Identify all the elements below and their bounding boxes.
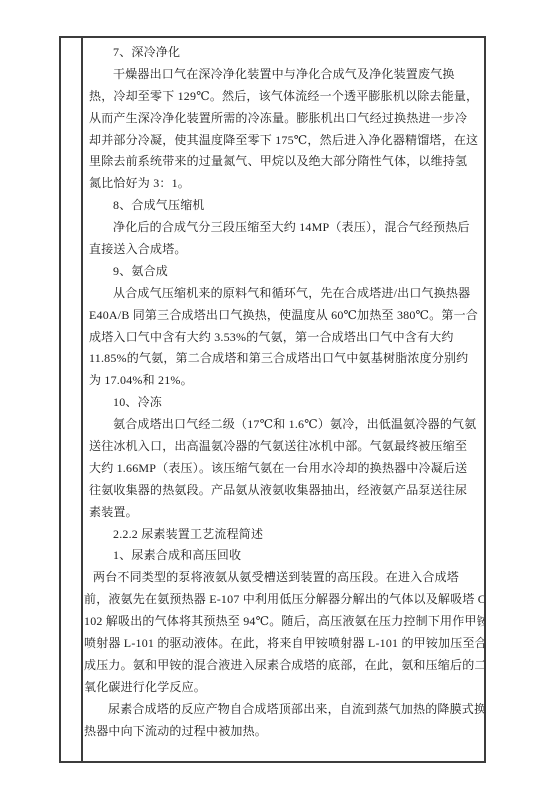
text-line: 前，液氨先在氨预热器 E-107 中利用低压分解器分解出的气体以及解吸塔 C- [84,589,484,611]
text-line: 大约 1.66MP（表压）。该压缩气氨在一台用水冷却的换热器中冷凝后送 [89,458,484,480]
text-line: 往氨收集器的热氨段。产品氨从液氨收集器抽出，经液氨产品泵送往尿 [89,480,484,502]
document-page: 7、深冷净化干燥器出口气在深冷净化装置中与净化合成气及净化装置废气换热，冷却至零… [0,0,557,794]
text-line: 为 17.04%和 21%。 [89,370,484,392]
text-line: 净化后的合成气分三段压缩至大约 14MP（表压），混合气经预热后 [89,217,484,239]
text-line: 热器中向下流动的过程中被加热。 [84,721,484,743]
text-line: 102 解吸出的气体将其预热至 94℃。随后，高压液氨在压力控制下用作甲铵 [84,611,484,633]
bordered-table: 7、深冷净化干燥器出口气在深冷净化装置中与净化合成气及净化装置废气换热，冷却至零… [59,36,486,763]
text-line: 素装置。 [89,502,484,524]
text-line: 直接送入合成塔。 [89,239,484,261]
text-line: 氨合成塔出口气经二级（17℃和 1.6℃）氨冷，出低温氨冷器的气氨 [89,414,484,436]
text-line: 氮比恰好为 3：1。 [89,173,484,195]
text-line: 10、冷冻 [89,392,484,414]
text-line: 两台不同类型的泵将液氨从氨受槽送到装置的高压段。在进入合成塔 [84,567,484,589]
text-line: 氧化碳进行化学反应。 [84,677,484,699]
table-narrow-column [61,38,83,761]
text-line: 从而产生深冷净化装置所需的冷冻量。膨胀机出口气经过换热进一步冷 [89,108,484,130]
text-line: 却并部分冷凝，使其温度降至零下 175℃，然后进入净化器精馏塔，在这 [89,130,484,152]
text-line: 成压力。氨和甲铵的混合液进入尿素合成塔的底部，在此，氨和压缩后的二 [84,655,484,677]
text-line: 尿素合成塔的反应产物自合成塔顶部出来，自流到蒸气加热的降膜式换 [84,699,484,721]
table-content-cell: 7、深冷净化干燥器出口气在深冷净化装置中与净化合成气及净化装置废气换热，冷却至零… [83,38,484,761]
text-line: 8、合成气压缩机 [89,195,484,217]
text-line: 成塔入口气中含有大约 3.53%的气氨，第一合成塔出口气中含有大约 [89,327,484,349]
text-line: 喷射器 L-101 的驱动液体。在此，将来自甲铵喷射器 L-101 的甲铵加压至… [84,633,484,655]
text-line: 送往冰机入口，出高温氨冷器的气氨送往冰机中部。气氨最终被压缩至 [89,436,484,458]
text-line: 2.2.2 尿素装置工艺流程简述 [89,524,484,546]
text-line: E40A/B 同第三合成塔出口气换热，使温度从 60℃加热至 380℃。第一合 [89,305,484,327]
text-line: 7、深冷净化 [89,42,484,64]
text-line: 里除去前系统带来的过量氮气、甲烷以及绝大部分隋性气体，以维持氢 [89,151,484,173]
text-line: 1、尿素合成和高压回收 [89,545,484,567]
text-line: 9、氨合成 [89,261,484,283]
text-line: 11.85%的气氨，第二合成塔和第三合成塔出口气中氨基树脂浓度分别约 [89,348,484,370]
text-line: 热，冷却至零下 129℃。然后，该气体流经一个透平膨胀机以除去能量， [89,86,484,108]
text-line: 干燥器出口气在深冷净化装置中与净化合成气及净化装置废气换 [89,64,484,86]
text-line: 从合成气压缩机来的原料气和循环气，先在合成塔进/出口气换热器 [89,283,484,305]
